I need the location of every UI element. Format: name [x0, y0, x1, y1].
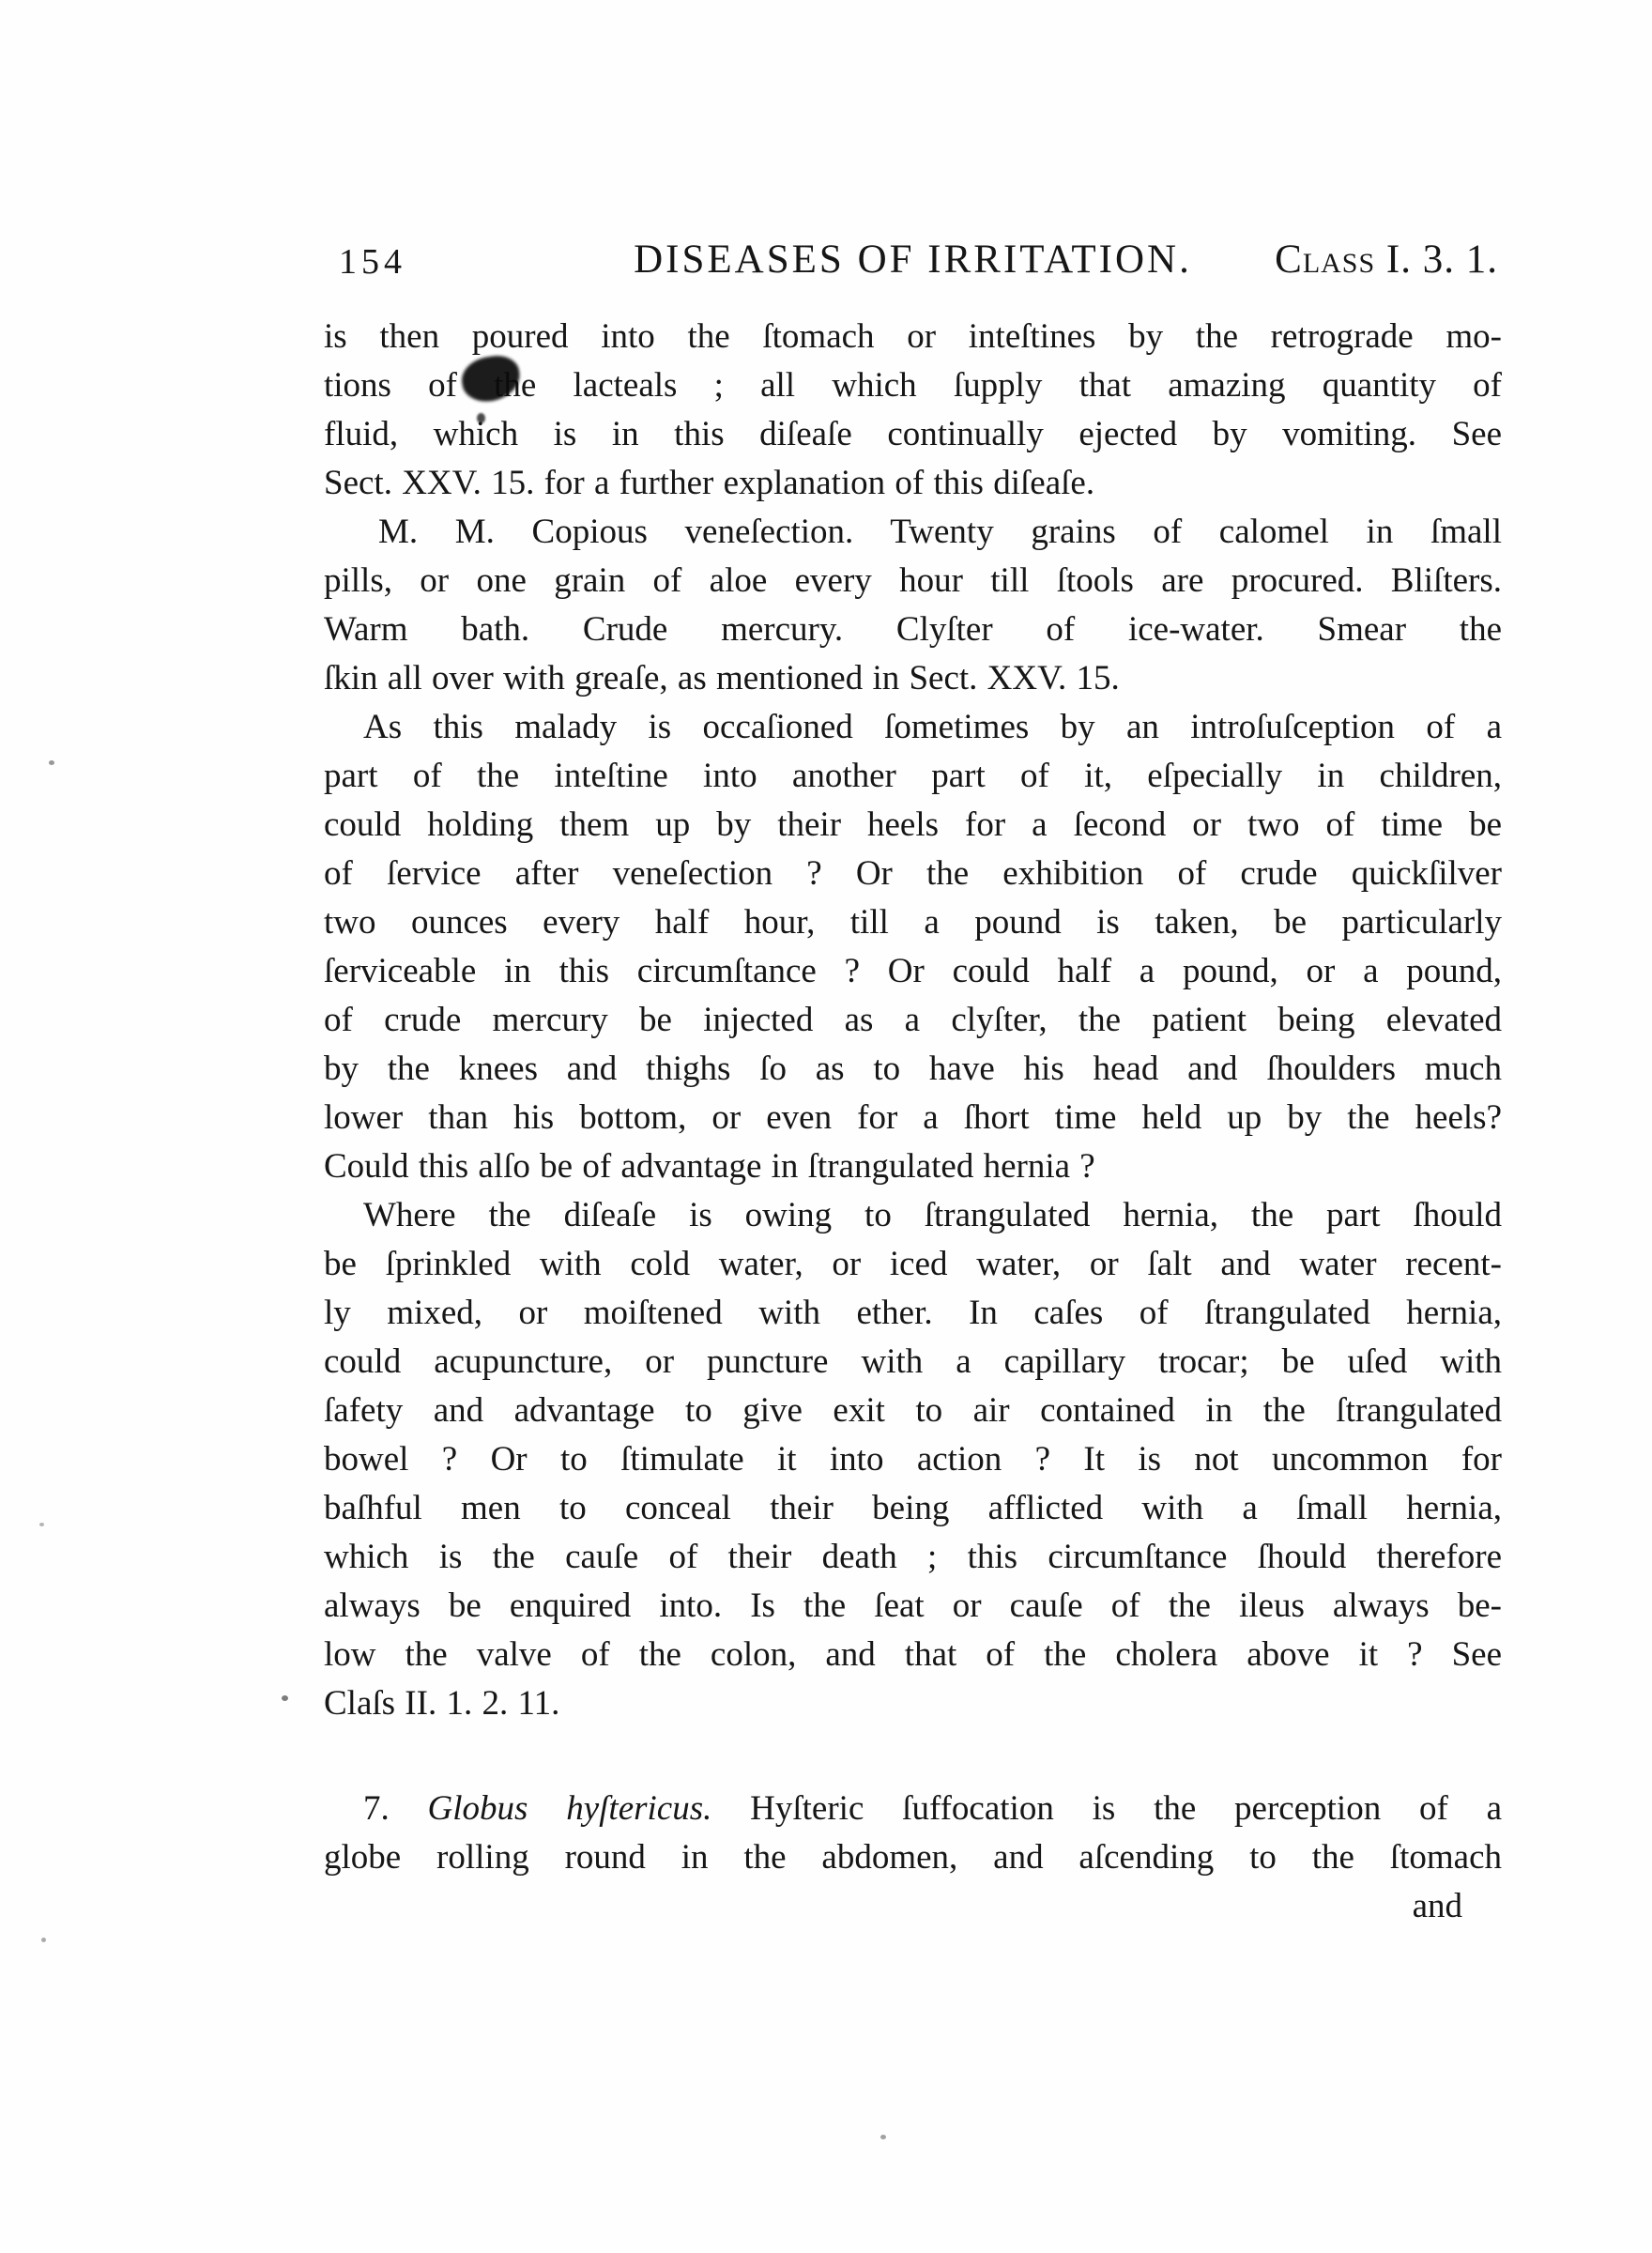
- text-line: could acupuncture, or puncture with a ca…: [324, 1338, 1502, 1387]
- ink-speck: [49, 760, 54, 765]
- text-line: ly mixed, or moiſtened with ether. In ca…: [324, 1289, 1502, 1338]
- ink-speck: [880, 2135, 886, 2139]
- catchword: and: [324, 1882, 1502, 1931]
- text-line: Warm bath. Crude mercury. Clyſter of ice…: [324, 605, 1502, 654]
- text-line: of crude mercury be injected as a clyſte…: [324, 996, 1502, 1045]
- text-line: bowel ? Or to ſtimulate it into action ?…: [324, 1435, 1502, 1484]
- text-line: As this malady is occaſioned ſometimes b…: [324, 703, 1502, 752]
- page-header: 154 DISEASES OF IRRITATION. Class I. 3. …: [324, 235, 1502, 285]
- ink-speck: [282, 1695, 288, 1701]
- ink-blot-drip: [477, 413, 485, 423]
- text-line: ſafety and advantage to give exit to air…: [324, 1387, 1502, 1435]
- paragraph-lines: is then poured into the ſtomach or inteſ…: [324, 313, 1502, 1728]
- text-line: fluid, which is in this diſeaſe continua…: [324, 410, 1502, 459]
- text-line: Could this alſo be of advantage in ſtran…: [324, 1142, 1502, 1191]
- text-line: is then poured into the ſtomach or inteſ…: [324, 313, 1502, 361]
- ink-speck: [39, 1523, 44, 1526]
- class-reference: Class I. 3. 1.: [1275, 237, 1498, 283]
- text-line: always be enquired into. Is the ſeat or …: [324, 1582, 1502, 1631]
- text-line: Where the diſeaſe is owing to ſtrangulat…: [324, 1191, 1502, 1240]
- text-line: Claſs II. 1. 2. 11.: [324, 1679, 1502, 1728]
- text-line: globe rolling round in the abdomen, and …: [324, 1833, 1502, 1882]
- text-line: lower than his bottom, or even for a ſho…: [324, 1094, 1502, 1142]
- text-line: which is the cauſe of their death ; this…: [324, 1533, 1502, 1582]
- text-line: be ſprinkled with cold water, or iced wa…: [324, 1240, 1502, 1289]
- text-line: part of the inteſtine into another part …: [324, 752, 1502, 801]
- text-line: low the valve of the colon, and that of …: [324, 1631, 1502, 1679]
- section-title-italic: Globus hyſtericus.: [428, 1789, 712, 1828]
- text-line: M. M. Copious veneſection. Twenty grains…: [324, 508, 1502, 557]
- text-line: ſkin all over with greaſe, as mentioned …: [324, 654, 1502, 703]
- text-line: ſerviceable in this circumſtance ? Or co…: [324, 947, 1502, 996]
- text-line: could holding them up by their heels for…: [324, 801, 1502, 850]
- text-block: is then poured into the ſtomach or inteſ…: [324, 313, 1502, 1931]
- text-line: pills, or one grain of aloe every hour t…: [324, 557, 1502, 605]
- text-line: baſhful men to conceal their being affli…: [324, 1484, 1502, 1533]
- section-7-heading-line: 7. Globus hyſtericus. Hyſteric ſuffocati…: [324, 1785, 1502, 1833]
- text-line: Sect. XXV. 15. for a further explanation…: [324, 459, 1502, 508]
- text-line: of ſervice after veneſection ? Or the ex…: [324, 850, 1502, 898]
- section-text: Hyſteric ſuffocation is the perception o…: [711, 1789, 1502, 1828]
- text-line: two ounces every half hour, till a pound…: [324, 898, 1502, 947]
- section-number: 7.: [363, 1789, 428, 1828]
- scanned-book-page: 154 DISEASES OF IRRITATION. Class I. 3. …: [0, 0, 1652, 2253]
- text-line: by the knees and thighs ſo as to have hi…: [324, 1045, 1502, 1094]
- ink-speck: [41, 1938, 46, 1942]
